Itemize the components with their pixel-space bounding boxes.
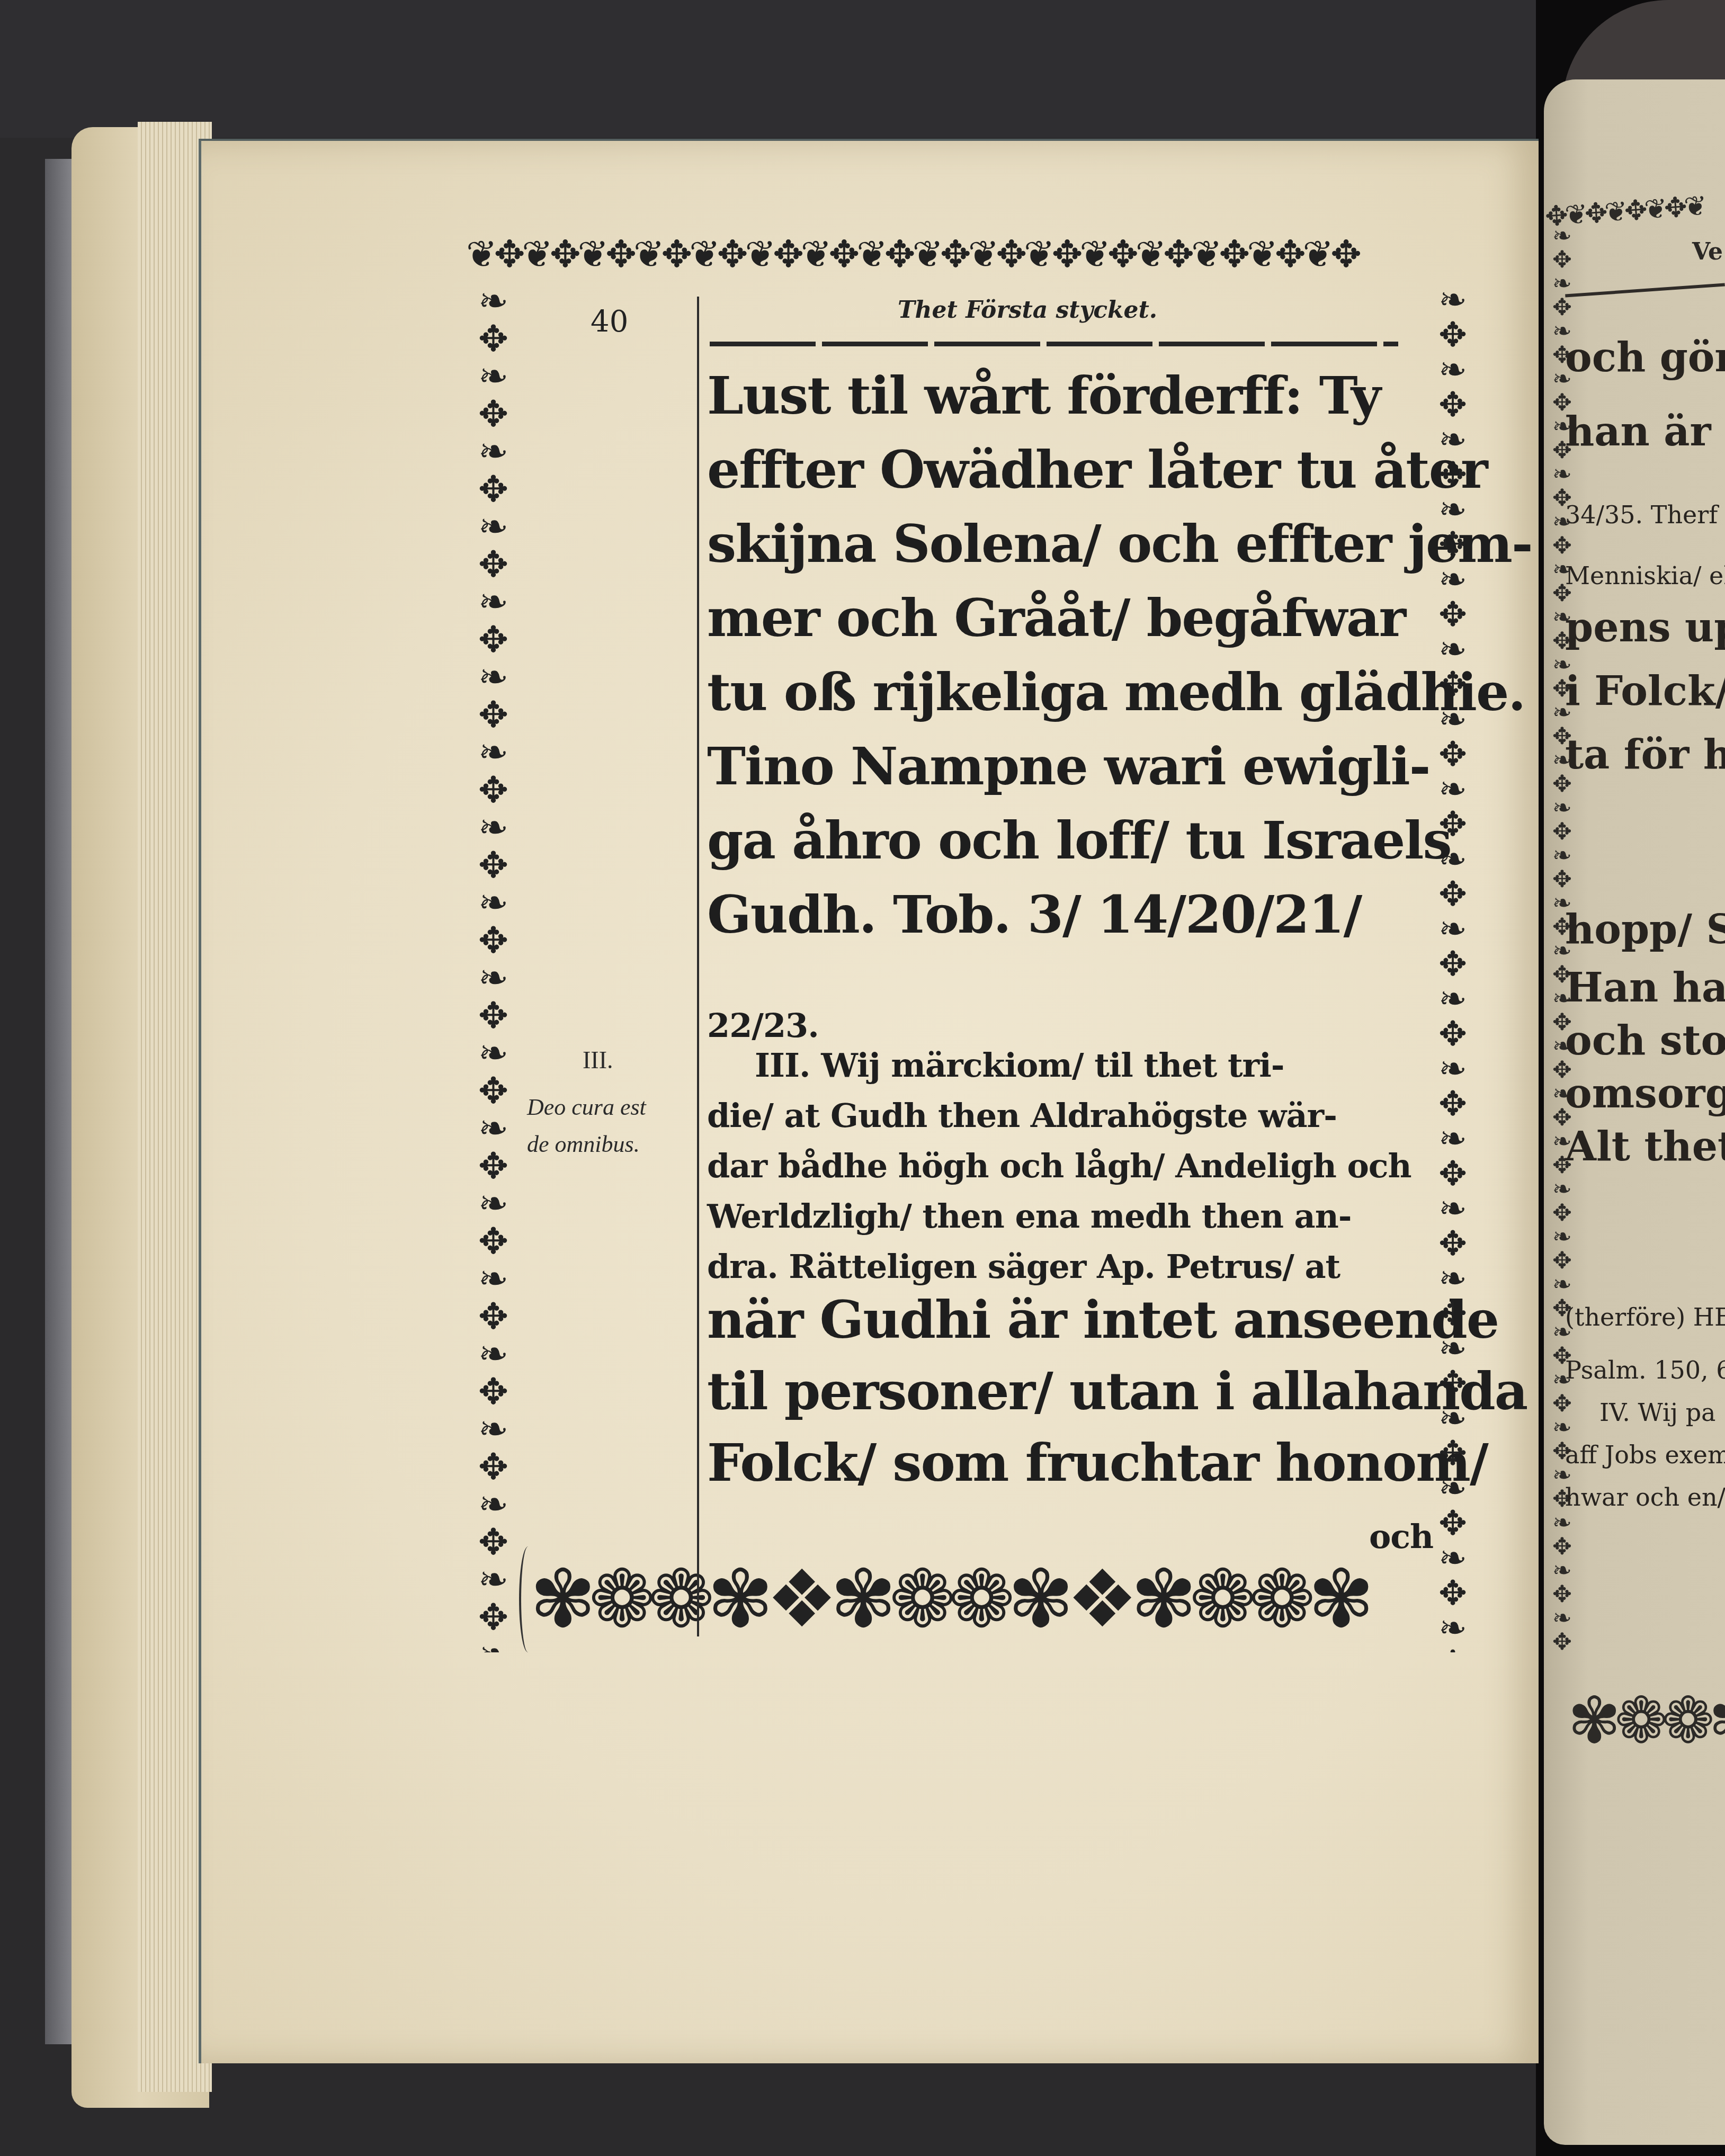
text-line: tu oß rijkeliga medh glädhie. (707, 662, 1525, 723)
right-text-line: Han hafw (1565, 964, 1725, 1011)
right-text-line: Psalm. 150, 6, (1565, 1356, 1725, 1384)
text-line: die/ at Gudh then Aldrahögste wär- (707, 1096, 1337, 1135)
right-text-line: Alt thet Ar (1565, 1123, 1725, 1170)
right-text-line: aff Jobs exem (1565, 1441, 1725, 1469)
text-line: Folck/ som fruchtar honom/ (707, 1433, 1488, 1493)
text-line: Werldzligh/ then ena medh then an- (707, 1197, 1352, 1236)
text-line: dra. Rätteligen säger Ap. Petrus/ at (707, 1247, 1340, 1286)
text-line: skijna Solena/ och effter jem- (707, 514, 1532, 575)
right-ornament-border-bottom: ✾❁❁✾ (1568, 1684, 1725, 1758)
page-number: 40 (591, 305, 628, 339)
text-line: Lust til wårt förderff: Ty (707, 365, 1380, 426)
right-text-line: omsorgh fö (1565, 1070, 1725, 1117)
catchword: och (1369, 1517, 1433, 1556)
right-text-line: han är hono (1565, 408, 1725, 455)
text-line: mer och Grååt/ begåfwar (707, 588, 1405, 649)
text-line: Gudh. Tob. 3/ 14/20/21/ (707, 884, 1361, 945)
text-line: til personer/ utan i allahanda (707, 1361, 1527, 1422)
right-text-line: och stoora / (1565, 1017, 1725, 1064)
right-text-line: i Folck/ ut (1565, 667, 1725, 714)
text-line: 22/23. (707, 1006, 819, 1045)
right-text-line: (therföre) HE (1565, 1303, 1725, 1331)
right-running-head: Ve (1692, 238, 1723, 265)
right-text-line: pens uppå (1565, 604, 1725, 651)
text-line: Tino Nampne wari ewigli- (707, 736, 1429, 797)
ornament-border-left: ❧✥❧✥❧✥❧✥❧✥❧✥❧✥❧✥❧✥❧✥❧✥❧✥❧✥❧✥❧✥❧✥❧✥❧✥❧✥❧✥… (466, 281, 511, 1652)
right-text-line: IV. Wij pa (1599, 1398, 1725, 1427)
text-line: när Gudhi är intet anseende (707, 1290, 1498, 1350)
running-head: Thet Första stycket. (842, 297, 1213, 324)
text-line: effter Owädher låter tu åter (707, 440, 1487, 500)
scan-backdrop (0, 0, 1725, 138)
right-text-line: ta för hono (1565, 731, 1725, 778)
right-text-line: hwar och en/ so (1565, 1483, 1725, 1511)
margin-note-latin-2: de omnibus. (527, 1131, 640, 1158)
margin-note-numeral: III. (583, 1046, 613, 1074)
right-text-line: 34/35. Therf (1565, 500, 1725, 529)
right-text-line: och gör Rå (1565, 334, 1725, 381)
right-text-line: hopp/ Sel (1565, 906, 1725, 953)
text-line: ga åhro och loff/ tu Israels (707, 810, 1451, 871)
ornament-border-top: ❦✥❦✥❦✥❦✥❦✥❦✥❦✥❦✥❦✥❦✥❦✥❦✥❦✥❦✥❦✥❦✥ (466, 236, 1470, 281)
margin-rule (697, 297, 699, 1636)
text-line: dar bådhe högh och lågh/ Andeligh och (707, 1147, 1411, 1185)
head-rule (710, 342, 1398, 346)
text-line: III. Wij märckiom/ til thet tri- (755, 1046, 1284, 1085)
margin-note-latin-1: Deo cura est (527, 1094, 646, 1121)
right-text-line: Menniskia/ eho (1565, 561, 1725, 590)
ornament-border-bottom: ✾❁❁✾❖✾❁❁✾❖✾❁❁✾ (530, 1546, 1430, 1652)
